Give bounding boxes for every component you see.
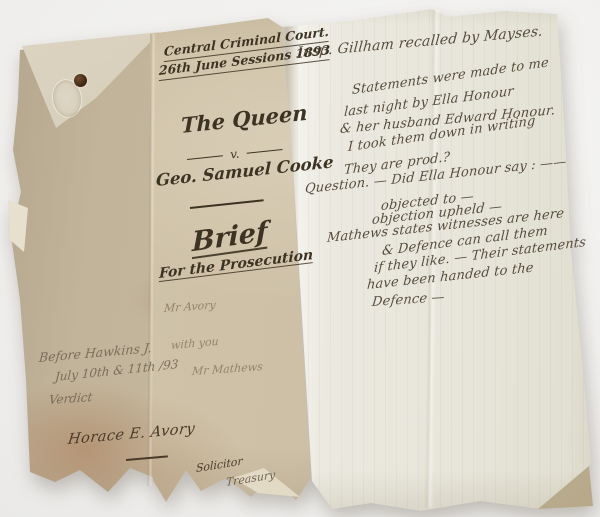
versus-label: v. [230,148,240,161]
pencil-counsel-avory: Mr Avory [164,299,216,314]
versus-dash [246,148,282,153]
pencil-verdict-note: Verdict [48,391,93,406]
versus-dash [187,155,223,160]
photo-background: Central Criminal Court. 26th June Sessio… [0,0,600,517]
folded-brief-document: Central Criminal Court. 26th June Sessio… [0,0,600,517]
wax-seal-dot [74,74,87,87]
